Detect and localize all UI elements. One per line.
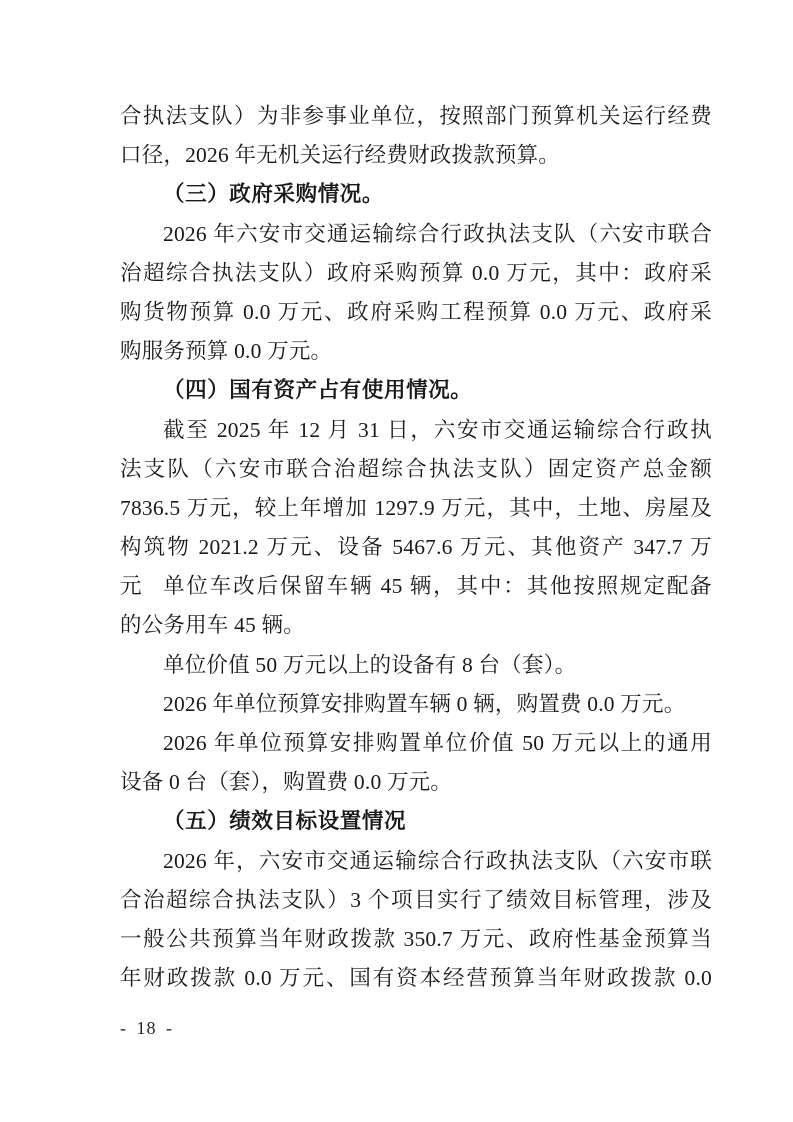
text-line: 购货物预算 0.0 万元、政府采购工程预算 0.0 万元、政府采 — [120, 293, 712, 332]
text-line: 年财政拨款 0.0 万元、国有资本经营预算当年财政拨款 0.0 — [120, 959, 712, 998]
document-page: 合执法支队）为非参事业单位，按照部门预算机关运行经费口径，2026 年无机关运行… — [0, 0, 793, 1122]
text-line: 截至 2025 年 12 月 31 日，六安市交通运输综合行政执 — [120, 411, 712, 450]
section-heading-line: （四）国有资产占有使用情况。 — [120, 371, 712, 410]
text-line: 合治超综合执法支队）3 个项目实行了绩效目标管理，涉及 — [120, 881, 712, 920]
text-line: 合执法支队）为非参事业单位，按照部门预算机关运行经费 — [120, 97, 712, 136]
text-line: 单位价值 50 万元以上的设备有 8 台（套）。 — [120, 646, 712, 685]
text-line: 法支队（六安市联合治超综合执法支队）固定资产总金额 — [120, 450, 712, 489]
text-line: 2026 年，六安市交通运输综合行政执法支队（六安市联 — [120, 842, 712, 881]
text-line: 构筑物 2021.2 万元、设备 5467.6 万元、其他资产 347.7 万元… — [120, 528, 712, 567]
text-line: 治超综合执法支队）政府采购预算 0.0 万元，其中：政府采 — [120, 254, 712, 293]
text-line: 7836.5 万元，较上年增加 1297.9 万元，其中，土地、房屋及 — [120, 489, 712, 528]
text-line: 设备 0 台（套），购置费 0.0 万元。 — [120, 763, 712, 802]
section-heading-line: （三）政府采购情况。 — [120, 175, 712, 214]
section-heading-line: （五）绩效目标设置情况 — [120, 802, 712, 841]
text-line: 口径，2026 年无机关运行经费财政拨款预算。 — [120, 136, 712, 175]
text-line: 的公务用车 45 辆。 — [120, 606, 712, 645]
document-body: 合执法支队）为非参事业单位，按照部门预算机关运行经费口径，2026 年无机关运行… — [120, 97, 712, 998]
text-line: 2026 年单位预算安排购置车辆 0 辆，购置费 0.0 万元。 — [120, 685, 712, 724]
text-line: 2026 年六安市交通运输综合行政执法支队（六安市联合 — [120, 215, 712, 254]
text-line: 购服务预算 0.0 万元。 — [120, 332, 712, 371]
text-line: 单位车改后保留车辆 45 辆，其中：其他按照规定配备 — [120, 567, 712, 606]
page-number: - 18 - — [120, 1017, 173, 1039]
text-line: 一般公共预算当年财政拨款 350.7 万元、政府性基金预算当 — [120, 920, 712, 959]
text-line: 2026 年单位预算安排购置单位价值 50 万元以上的通用 — [120, 724, 712, 763]
